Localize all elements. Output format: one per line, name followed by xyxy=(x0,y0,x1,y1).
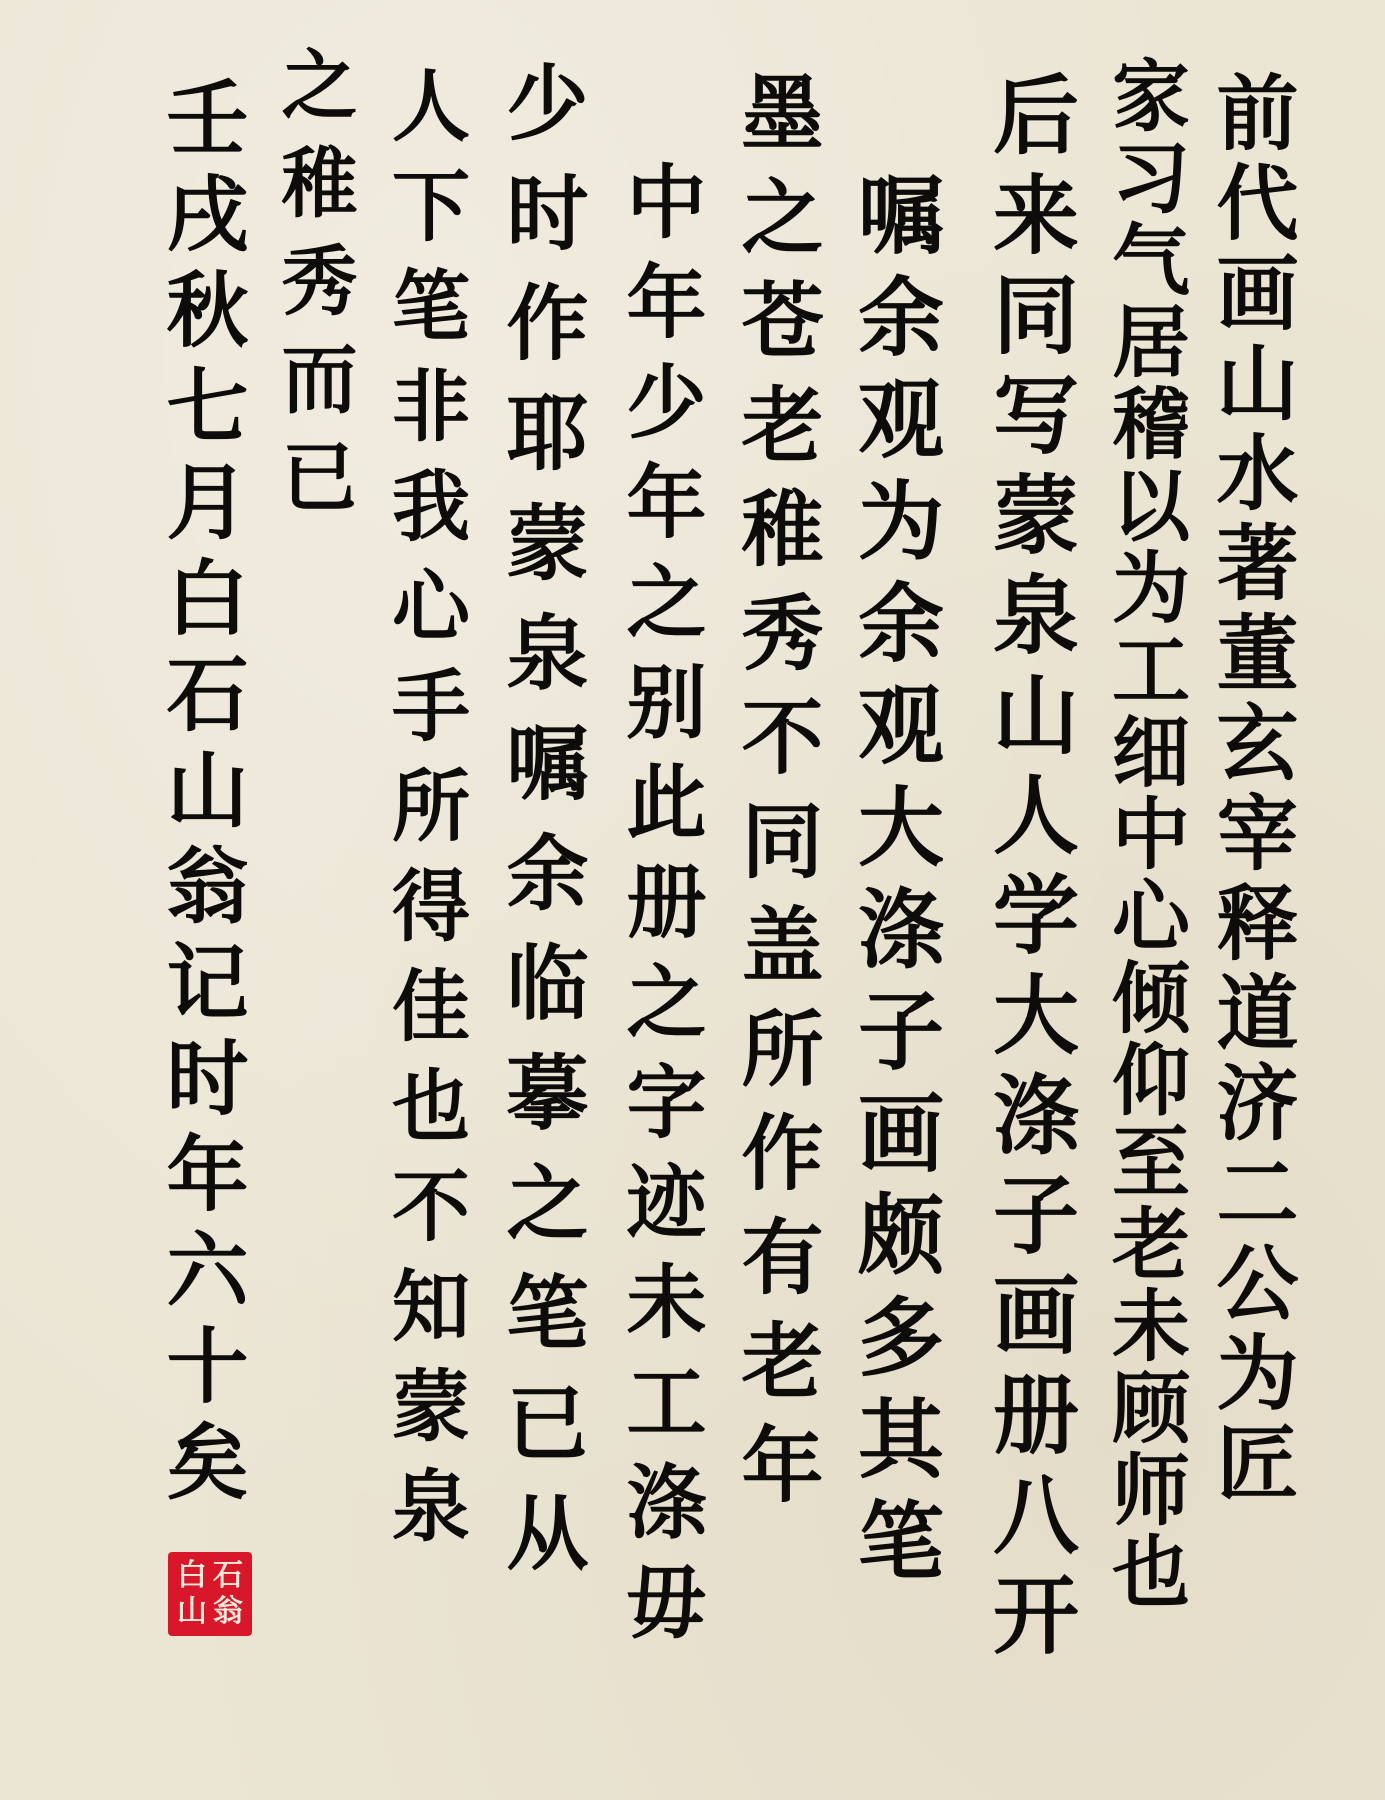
column-6: 中年少年之别此册之字迹未工涤毋 xyxy=(620,160,700,1660)
column-2: 家习气居稽以为工细中心倾仰至老未顾师也 xyxy=(1105,55,1183,1613)
red-seal: 白 石 山 翁 xyxy=(168,1552,252,1636)
seal-char-4: 翁 xyxy=(210,1594,246,1630)
column-7: 少时作耶蒙泉嘱余临摹之笔已从 xyxy=(500,60,582,1600)
column-4: 嘱余观为余观大涤子画颇多其笔 xyxy=(850,170,936,1598)
seal-char-1: 白 xyxy=(174,1558,210,1594)
column-8: 人下笔非我心手所得佳也不知蒙泉 xyxy=(385,65,463,1565)
column-1: 前代画山水著董玄宰释道济二公为匠 xyxy=(1210,70,1292,1510)
seal-char-2: 石 xyxy=(210,1558,246,1594)
column-9: 之稚秀而已 xyxy=(275,45,351,535)
column-5: 墨之苍老稚秀不同盖所作有老年 xyxy=(735,70,817,1526)
calligraphy-paper: 前代画山水著董玄宰释道济二公为匠 家习气居稽以为工细中心倾仰至老未顾师也 后来同… xyxy=(0,0,1385,1800)
seal-char-3: 山 xyxy=(174,1594,210,1630)
column-3: 后来同写蒙泉山人学大涤子画册八开 xyxy=(985,70,1071,1670)
column-10-signature: 壬戌秋七月白石山翁记时年六十矣 xyxy=(160,75,242,1515)
